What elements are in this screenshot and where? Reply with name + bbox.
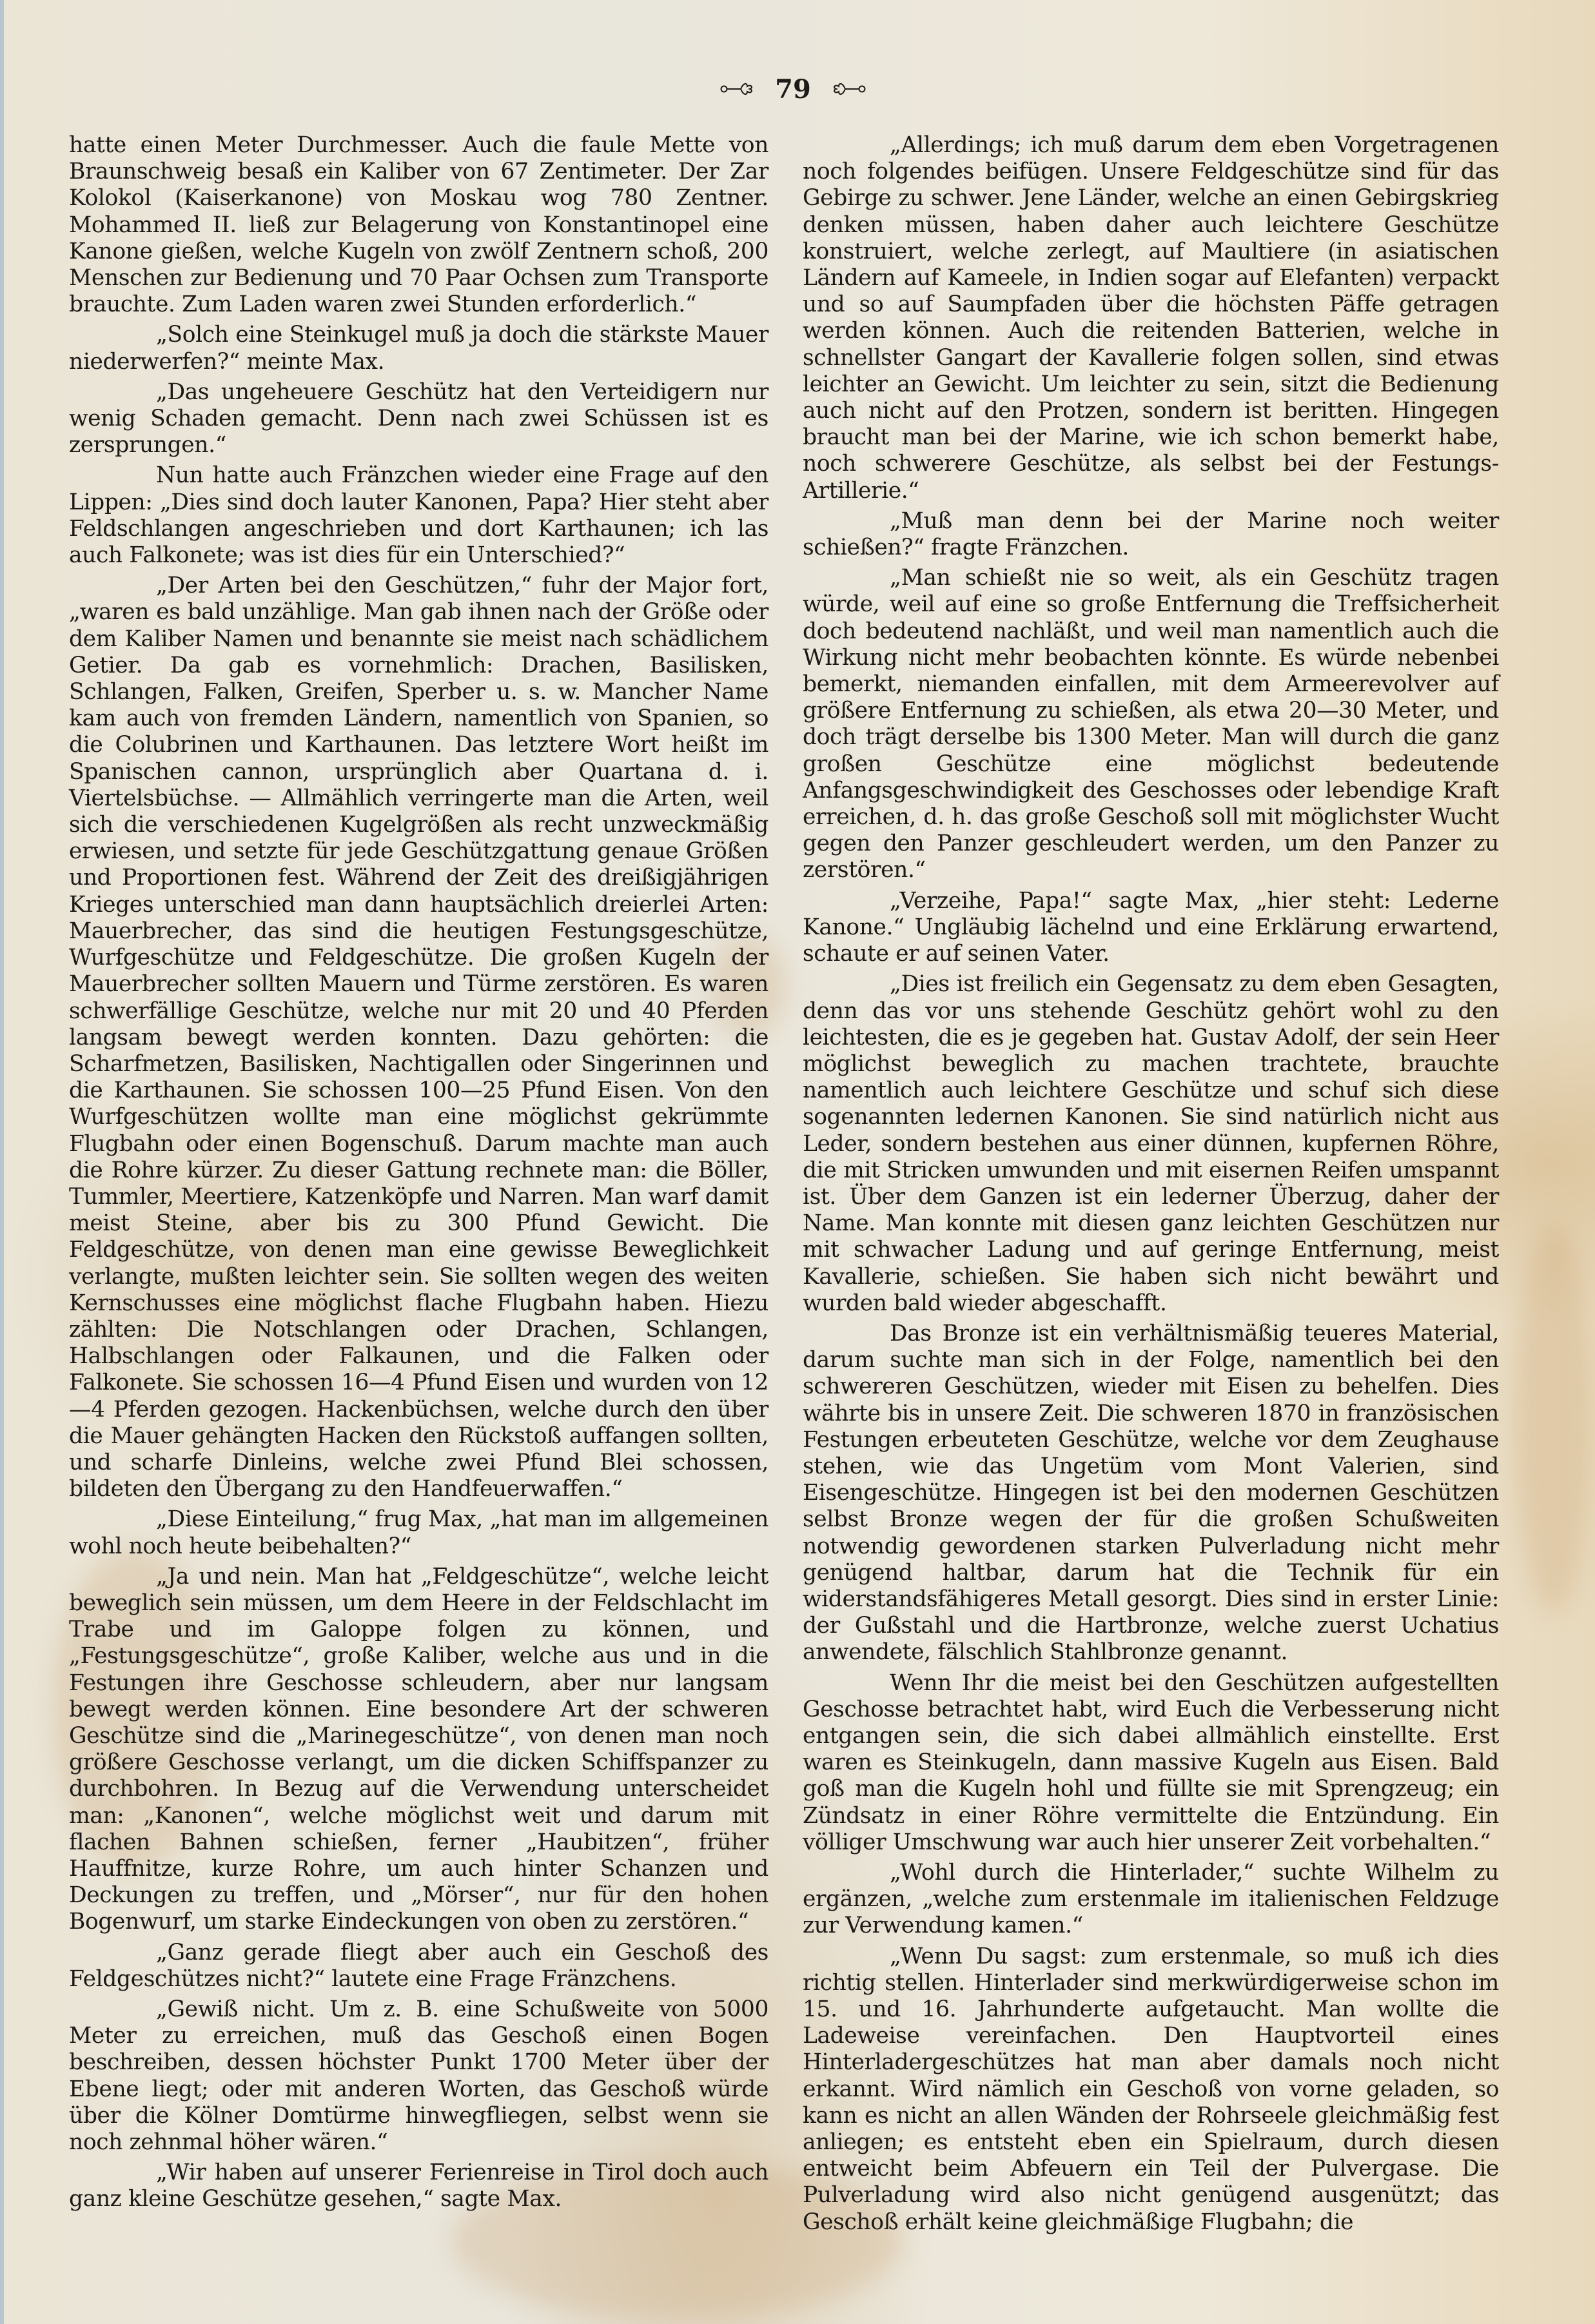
water-stain: [1515, 1225, 1592, 1612]
ornament-left-icon: [720, 80, 756, 98]
page-number: 79: [775, 74, 811, 104]
right-column: „Allerdings; ich muß darum dem eben Vorg…: [803, 132, 1499, 2240]
paragraph: „Das ungeheuere Geschütz hat den Verteid…: [69, 379, 768, 459]
paragraph: „Ganz gerade fliegt aber auch ein Gescho…: [69, 1940, 768, 1993]
paragraph: „Ja und nein. Man hat „Feldgeschütze“, w…: [69, 1564, 768, 1936]
scan-edge: [0, 0, 4, 2324]
paragraph: hatte einen Meter Durchmesser. Auch die …: [69, 132, 768, 318]
paragraph: „Gewiß nicht. Um z. B. eine Schußweite v…: [69, 1996, 768, 2156]
paragraph: „Allerdings; ich muß darum dem eben Vorg…: [803, 132, 1499, 504]
paragraph: Nun hatte auch Fränzchen wieder eine Fra…: [69, 462, 768, 569]
paragraph: „Wenn Du sagst: zum erstenmale, so muß i…: [803, 1944, 1499, 2236]
ornament-right-icon: [830, 80, 866, 98]
paragraph: „Verzeihe, Papa!“ sagte Max, „hier steht…: [803, 888, 1499, 968]
paragraph: „Diese Einteilung,“ frug Max, „hat man i…: [69, 1506, 768, 1559]
paragraph: „Wir haben auf unserer Ferienreise in Ti…: [69, 2160, 768, 2212]
paragraph: Wenn Ihr die meist bei den Geschützen au…: [803, 1670, 1499, 1856]
paragraph: Das Bronze ist ein verhältnismäßig teuer…: [803, 1321, 1499, 1666]
paragraph: „Man schießt nie so weit, als ein Geschü…: [803, 565, 1499, 883]
paragraph: „Dies ist freilich ein Gegensatz zu dem …: [803, 971, 1499, 1317]
page-header: 79: [716, 73, 870, 105]
paragraph: „Der Arten bei den Geschützen,“ fuhr der…: [69, 573, 768, 1502]
paragraph: „Solch eine Steinkugel muß ja doch die s…: [69, 322, 768, 375]
left-column: hatte einen Meter Durchmesser. Auch die …: [69, 132, 768, 2217]
paragraph: „Muß man denn bei der Marine noch weiter…: [803, 508, 1499, 561]
paragraph: „Wohl durch die Hinterlader,“ suchte Wil…: [803, 1860, 1499, 1940]
scanned-page: 79 hatte einen Meter Durchmesser. Auch d…: [0, 0, 1595, 2324]
